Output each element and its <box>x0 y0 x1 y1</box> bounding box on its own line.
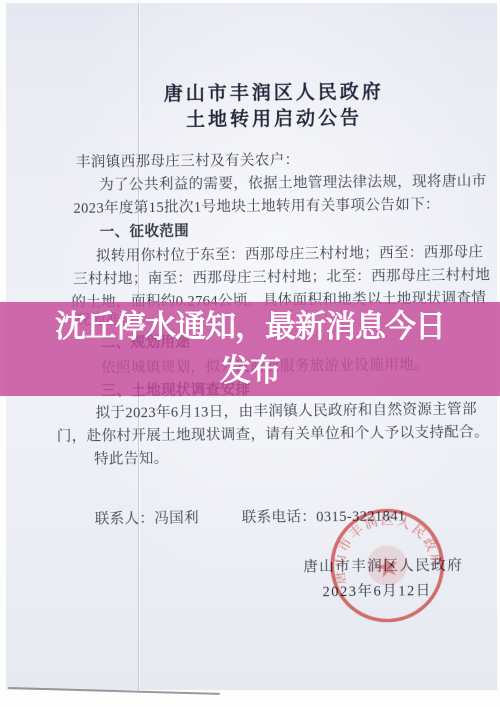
para1-line1: 为了公共利益的需要，依据土地管理法律法规，现将唐山市 <box>99 170 487 195</box>
announcement-title-line2: 土地转用启动公告 <box>107 102 440 132</box>
salutation-line: 丰润镇西那母庄三村及有关农户： <box>76 148 300 171</box>
headline-banner: 沈丘停水通知，最新消息今日 发布 <box>0 302 500 396</box>
closing-line: 特此告知。 <box>94 447 169 469</box>
section1-line1: 拟转用你村位于东至：西那母庄三村村地；西至：西那母庄 <box>96 241 484 266</box>
para1-line2: 2023年度第15批次1号地块土地转用有关事项公告如下： <box>73 193 440 218</box>
section3-line2: 门，赴你村开展土地现状调查，请有关单位和个人予以支持配合。 <box>57 421 489 447</box>
section1-heading: 一、征收范围 <box>100 220 190 242</box>
section3-line1: 拟于2023年6月13日，由丰润镇人民政府和自然资源主管部 <box>95 398 477 423</box>
section1-line2: 三村村地；南至：西那母庄三村村地；北至：西那母庄三村村地 <box>73 263 490 288</box>
seal-star-icon: ★ <box>372 550 402 585</box>
government-seal-icon: ★ 唐山市丰润区人民政府 <box>316 494 458 636</box>
contact-person: 联系人：冯国利 <box>95 507 200 529</box>
headline-line1: 沈丘停水通知，最新消息今日 <box>55 305 445 349</box>
headline-line2: 发布 <box>220 349 280 393</box>
